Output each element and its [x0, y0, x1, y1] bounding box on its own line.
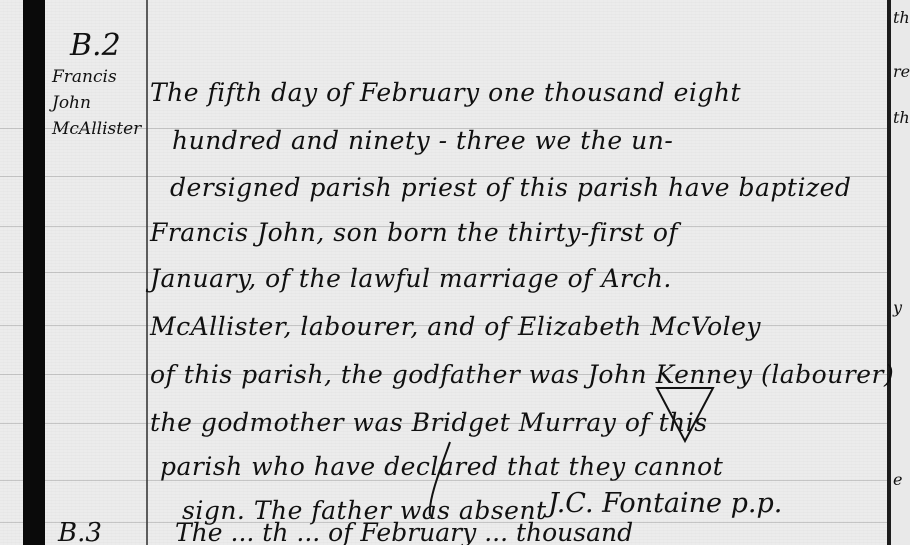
entry-line: Francis John, son born the thirty-first …: [150, 218, 678, 247]
margin-name-line: John: [52, 90, 144, 116]
adjacent-page-strip: [891, 0, 910, 545]
long-descender-stroke: [420, 440, 460, 520]
entry-line: hundred and ninety - three we the un-: [172, 126, 673, 155]
margin-annotation: B.2 Francis John McAllister: [52, 28, 144, 142]
entry-line: January, of the lawful marriage of Arch.: [150, 264, 672, 293]
entry-line: of this parish, the godfather was John K…: [150, 360, 894, 389]
book-binding-shadow: [23, 0, 45, 545]
insertion-caret-mark: [655, 385, 715, 445]
entry-line: McAllister, labourer, and of Elizabeth M…: [150, 312, 761, 341]
margin-rule: [146, 0, 148, 545]
adjacent-page-fragment: re: [893, 62, 910, 81]
margin-name-line: McAllister: [52, 116, 144, 142]
entry-line: the godmother was Bridget Murray of this: [150, 408, 708, 437]
adjacent-page-fragment: y: [893, 298, 902, 317]
adjacent-page-fragment: th: [893, 108, 910, 127]
entry-id: B.2: [52, 28, 144, 64]
entry-line: The fifth day of February one thousand e…: [150, 78, 741, 107]
register-page: the re th y e B.2 Francis John McAlliste…: [0, 0, 910, 545]
next-entry-line: The ... th ... of February ... thousand: [175, 518, 633, 545]
adjacent-page-fragment: the: [893, 8, 910, 27]
margin-name-line: Francis: [52, 64, 144, 90]
priest-signature: J.C. Fontaine p.p.: [548, 488, 782, 519]
entry-line: dersigned parish priest of this parish h…: [170, 173, 851, 202]
adjacent-page-fragment: e: [893, 470, 902, 489]
next-entry-id: B.3: [58, 518, 102, 545]
